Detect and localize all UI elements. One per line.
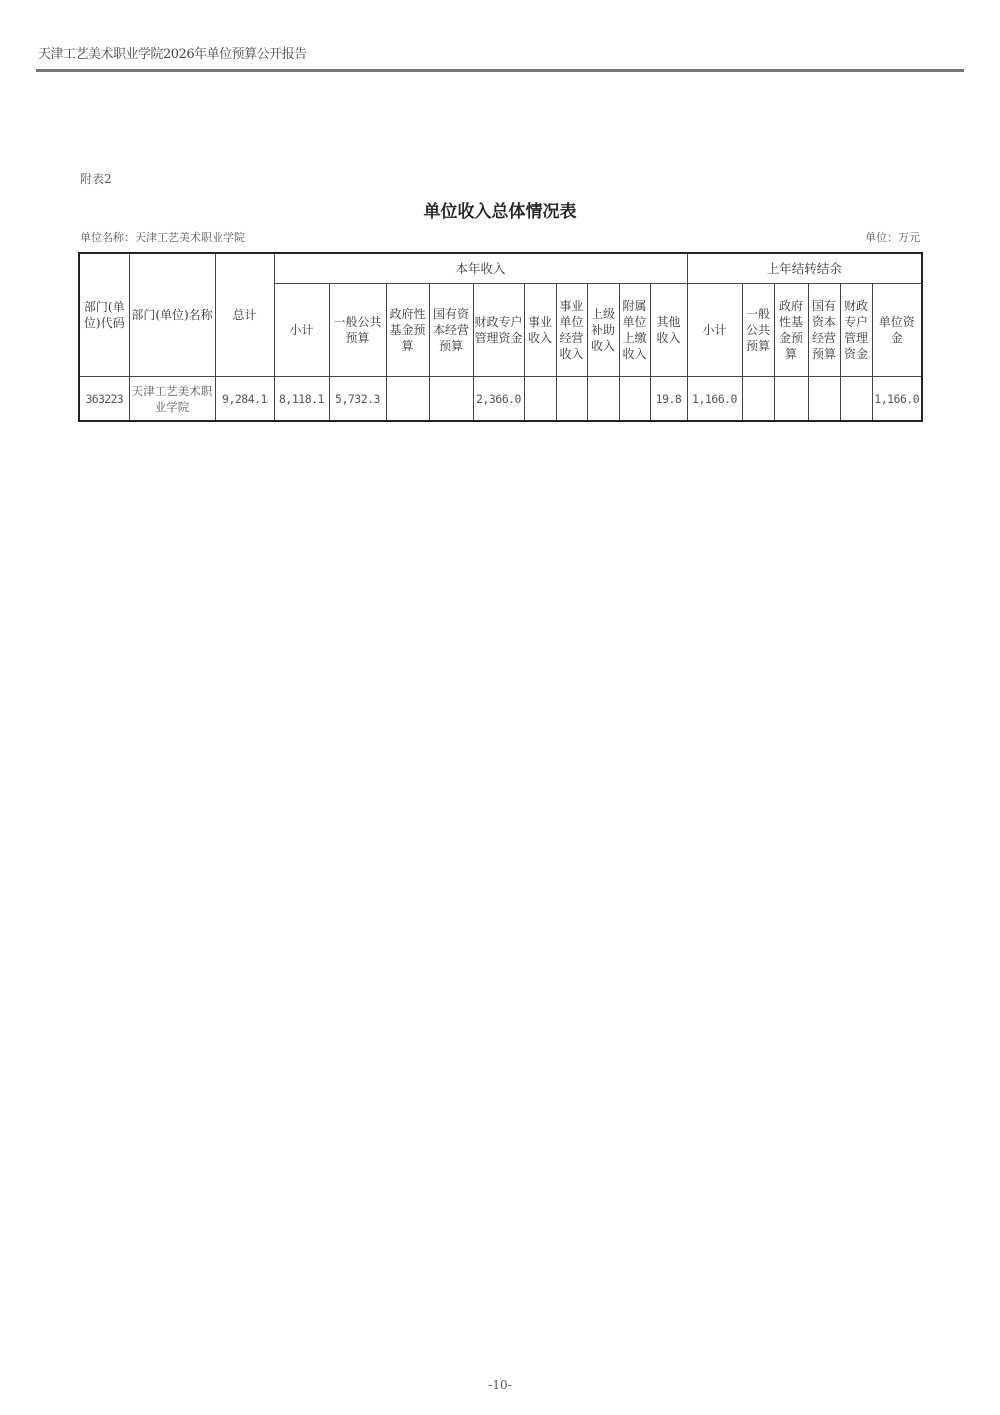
header-carryover-col: 国有资本经营预算 — [808, 284, 840, 377]
report-header-title: 天津工艺美术职业学院2026年单位预算公开报告 — [38, 43, 307, 62]
header-current-col: 事业单位经营收入 — [556, 284, 587, 377]
header-current-col: 一般公共预算 — [329, 284, 386, 377]
header-current-col: 国有资本经营预算 — [429, 284, 473, 377]
header-carryover-col: 一般公共预算 — [742, 284, 774, 377]
cell-name: 天津工艺美术职业学院 — [129, 377, 215, 422]
cell-carryover — [774, 377, 808, 422]
cell-carryover: 1,166.0 — [687, 377, 742, 422]
cell-current — [429, 377, 473, 422]
cell-current: 8,118.1 — [274, 377, 329, 422]
cell-carryover — [742, 377, 774, 422]
cell-current — [386, 377, 429, 422]
header-total: 总计 — [215, 253, 274, 377]
header-current-col: 其他收入 — [650, 284, 687, 377]
table-row: 363223天津工艺美术职业学院9,284.18,118.15,732.32,3… — [79, 377, 922, 422]
appendix-label: 附表2 — [80, 170, 112, 187]
income-summary-table: 部门(单位)代码 部门(单位)名称 总计 本年收入 上年结转结余 小计一般公共预… — [78, 252, 923, 422]
header-name: 部门(单位)名称 — [129, 253, 215, 377]
header-carryover-col: 政府性基金预算 — [774, 284, 808, 377]
header-carryover-col: 小计 — [687, 284, 742, 377]
header-current-col: 财政专户管理资金 — [473, 284, 524, 377]
unit-name: 单位名称：天津工艺美术职业学院 — [80, 229, 245, 245]
header-current-col: 附属单位上缴收入 — [619, 284, 650, 377]
cell-current: 19.8 — [650, 377, 687, 422]
cell-carryover: 1,166.0 — [872, 377, 922, 422]
cell-current — [619, 377, 650, 422]
header-current-col: 政府性基金预算 — [386, 284, 429, 377]
header-code: 部门(单位)代码 — [79, 253, 129, 377]
cell-carryover — [840, 377, 872, 422]
header-current-col: 小计 — [274, 284, 329, 377]
cell-code: 363223 — [79, 377, 129, 422]
currency-unit: 单位：万元 — [865, 229, 920, 245]
cell-carryover — [808, 377, 840, 422]
header-divider — [36, 69, 964, 72]
cell-current — [556, 377, 587, 422]
cell-current — [524, 377, 556, 422]
header-group-carryover: 上年结转结余 — [687, 253, 922, 284]
header-current-col: 上级补助收入 — [587, 284, 619, 377]
page-number: -10- — [0, 1378, 1000, 1392]
cell-total: 9,284.1 — [215, 377, 274, 422]
header-current-col: 事业收入 — [524, 284, 556, 377]
header-carryover-col: 单位资金 — [872, 284, 922, 377]
header-carryover-col: 财政专户管理资金 — [840, 284, 872, 377]
cell-current: 5,732.3 — [329, 377, 386, 422]
cell-current — [587, 377, 619, 422]
table-title: 单位收入总体情况表 — [0, 197, 1000, 222]
cell-current: 2,366.0 — [473, 377, 524, 422]
header-group-current-year: 本年收入 — [274, 253, 687, 284]
